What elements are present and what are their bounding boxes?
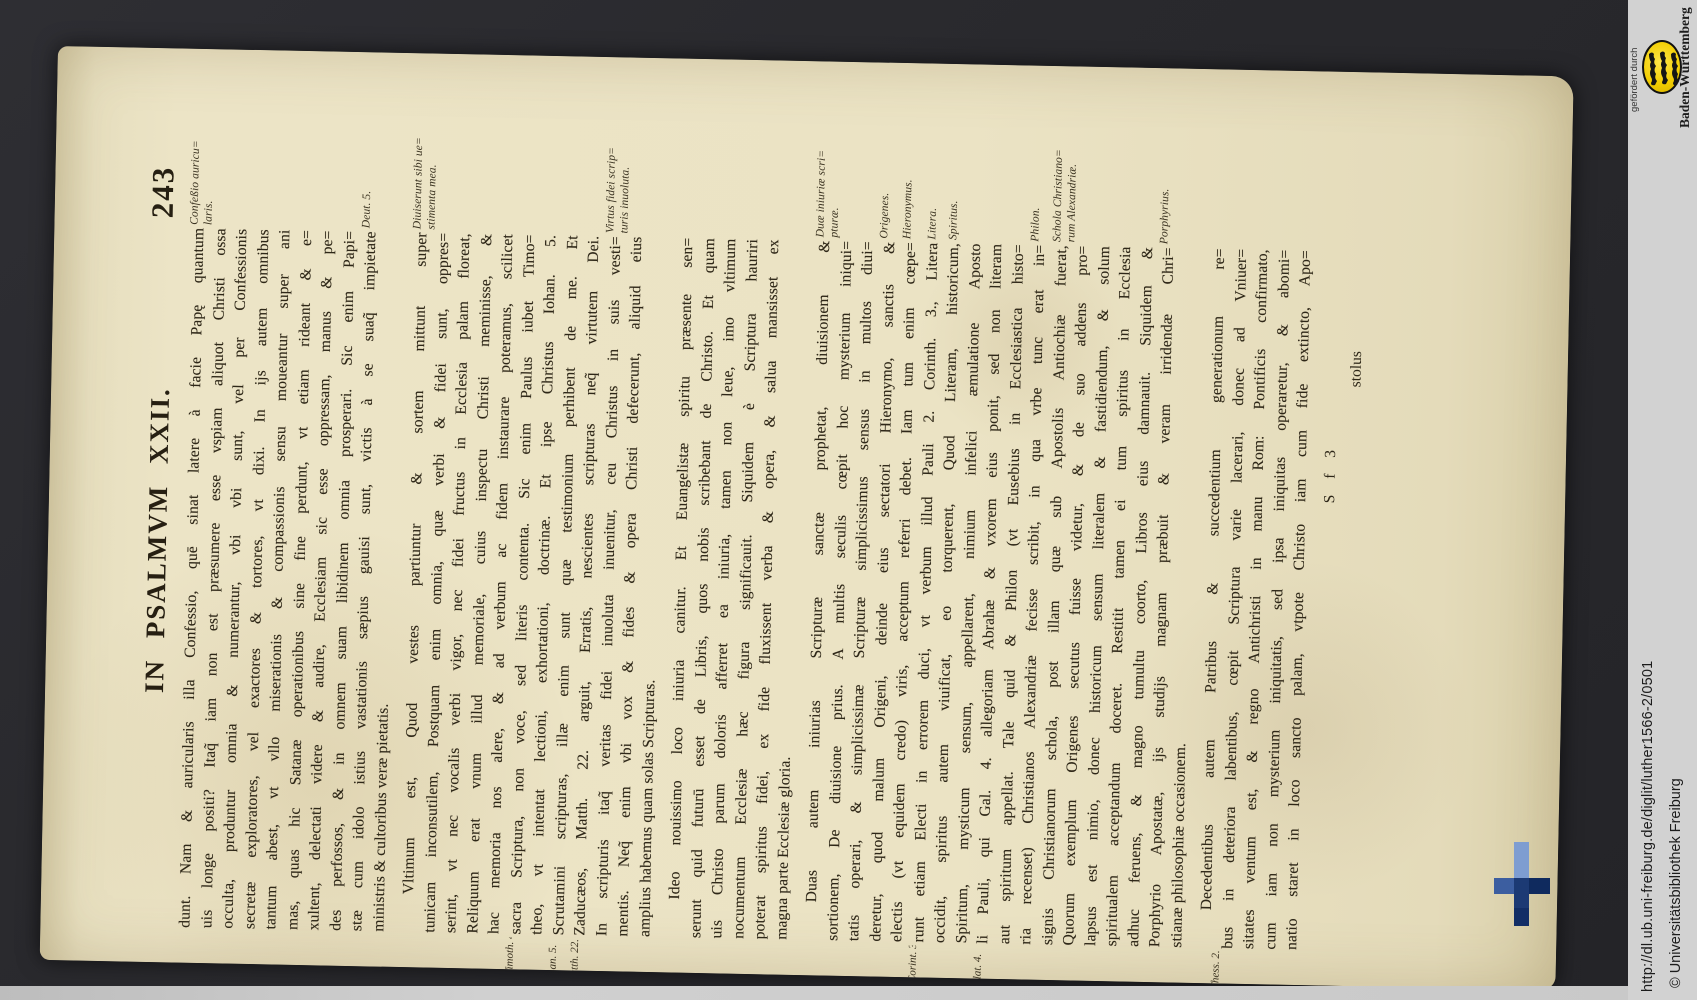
cross-center (1514, 878, 1529, 908)
margin-note: Philon. (1029, 144, 1044, 242)
copyright-notice: © Universitätsbibliothek Freiburg (1668, 778, 1684, 988)
margin-note-line: Schola Christiano= (1051, 144, 1066, 242)
margin-note-line: Hieronymus. (901, 141, 916, 239)
quire-signature: S f 3 (1319, 343, 1342, 603)
margin-note-line: Duæ iniuriæ scri= (814, 139, 829, 237)
cross-arm-left (1494, 878, 1514, 894)
paragraph: dunt. Nam & auricularis illa Confessio, … (174, 228, 403, 932)
baden-wuerttemberg-crest-icon (1642, 40, 1682, 94)
margin-note: Duæ iniuriæ scri=pturæ. (814, 139, 843, 238)
funder-name: Baden-Württemberg (1677, 7, 1693, 128)
margin-note: Hieronymus. (901, 141, 916, 239)
persistent-url: http://dl.ub.uni-freiburg.de/diglit/luth… (1640, 661, 1656, 992)
metadata-sidebar: gefördert durch Baden-Württemberg http:/… (1628, 0, 1697, 1000)
right-marginalia: Confeßio auricu=laris.Deut. 5.Diuiserunt… (40, 46, 58, 958)
margin-note: Litera. (926, 141, 941, 239)
margin-note-line: Litera. (926, 141, 941, 239)
margin-note-line: Origenes. (878, 141, 893, 239)
margin-note: 2.Thess. 2. (1209, 951, 1223, 990)
margin-note: Deut. 5. (360, 130, 375, 228)
margin-note-line: Porphyrius. (1158, 146, 1173, 244)
cross-arm-right (1529, 878, 1550, 894)
scanned-page: IN PSALMVM XXII. 243 dunt. Nam & auricul… (40, 46, 1574, 990)
margin-note-line: laris. (202, 127, 217, 225)
paragraph: Vltimum est, Quod vestes partiuntur & so… (397, 232, 669, 937)
three-lions-icon (1646, 48, 1679, 88)
margin-note: Diuiserunt sibi ue=stimenta mea. (411, 131, 440, 230)
margin-note-line: Spiritus. (947, 142, 962, 240)
cross-arm-top (1514, 842, 1529, 878)
paragraph: Ideo nouissimo loco iniuria canitur. Et … (663, 237, 806, 939)
margin-note-line: 2.Corint. 3. (906, 945, 920, 990)
page-content-rotated: IN PSALMVM XXII. 243 dunt. Nam & auricul… (40, 46, 1573, 988)
funding-label: gefördert durch (1629, 48, 1640, 112)
margin-note-line: Matth. 22. (568, 938, 582, 984)
body-text: dunt. Nam & auricularis illa Confessio, … (174, 228, 1324, 951)
margin-note-line: Galat. 4. (971, 947, 985, 991)
page-number: 243 (145, 165, 182, 218)
margin-note: Porphyrius. (1158, 146, 1173, 244)
margin-note: Spiritus. (947, 142, 962, 240)
paragraph: Duas autem iniurias Scripturæ sanctæ pro… (800, 240, 1201, 948)
book-scan-viewport: IN PSALMVM XXII. 243 dunt. Nam & auricul… (0, 0, 1697, 1000)
page-heading: IN PSALMVM XXII. (138, 355, 176, 726)
margin-note-line: Confeßio auricu= (188, 127, 203, 225)
margin-note-line: stimenta mea. (425, 131, 440, 229)
margin-note: Schola Christiano=rum Alexandriæ. (1051, 144, 1080, 243)
margin-note-line: Iohan. 5. (546, 938, 560, 984)
margin-note: Galat. 4. (971, 947, 985, 991)
margin-note-line: 2.Thess. 2. (1209, 951, 1223, 990)
margin-note-line: Diuiserunt sibi ue= (411, 131, 426, 229)
margin-note: 1.Timoth. 4. (503, 937, 517, 983)
library-blue-cross-mark (1494, 842, 1550, 926)
margin-note-line: Deut. 5. (360, 130, 375, 228)
margin-note-line: Virtus fidei scrip= (604, 135, 619, 233)
margin-note-line: pturæ. (828, 140, 843, 238)
margin-note: Iohan. 5. (546, 938, 560, 984)
margin-note-line: turis inuoluta. (618, 135, 633, 233)
margin-note: Matth. 22. (568, 938, 582, 984)
margin-note-line: Philon. (1029, 144, 1044, 242)
margin-note: 2.Corint. 3. (906, 945, 920, 990)
margin-note: Origenes. (878, 141, 893, 239)
cross-arm-bottom (1514, 908, 1529, 926)
paragraph: Decedentibus autem Patribus & succedenti… (1195, 248, 1317, 950)
margin-note-line: 1.Timoth. 4. (503, 937, 517, 983)
margin-note: Virtus fidei scrip=turis inuoluta. (604, 135, 633, 234)
catchword: stolus (1336, 351, 1366, 951)
margin-note-line: rum Alexandriæ. (1065, 144, 1080, 242)
left-marginalia: 1.Timoth. 4.Iohan. 5.Matth. 22.2.Corint.… (40, 46, 58, 958)
scanner-bed-edge (0, 986, 1628, 1000)
margin-note: Confeßio auricu=laris. (188, 127, 217, 226)
